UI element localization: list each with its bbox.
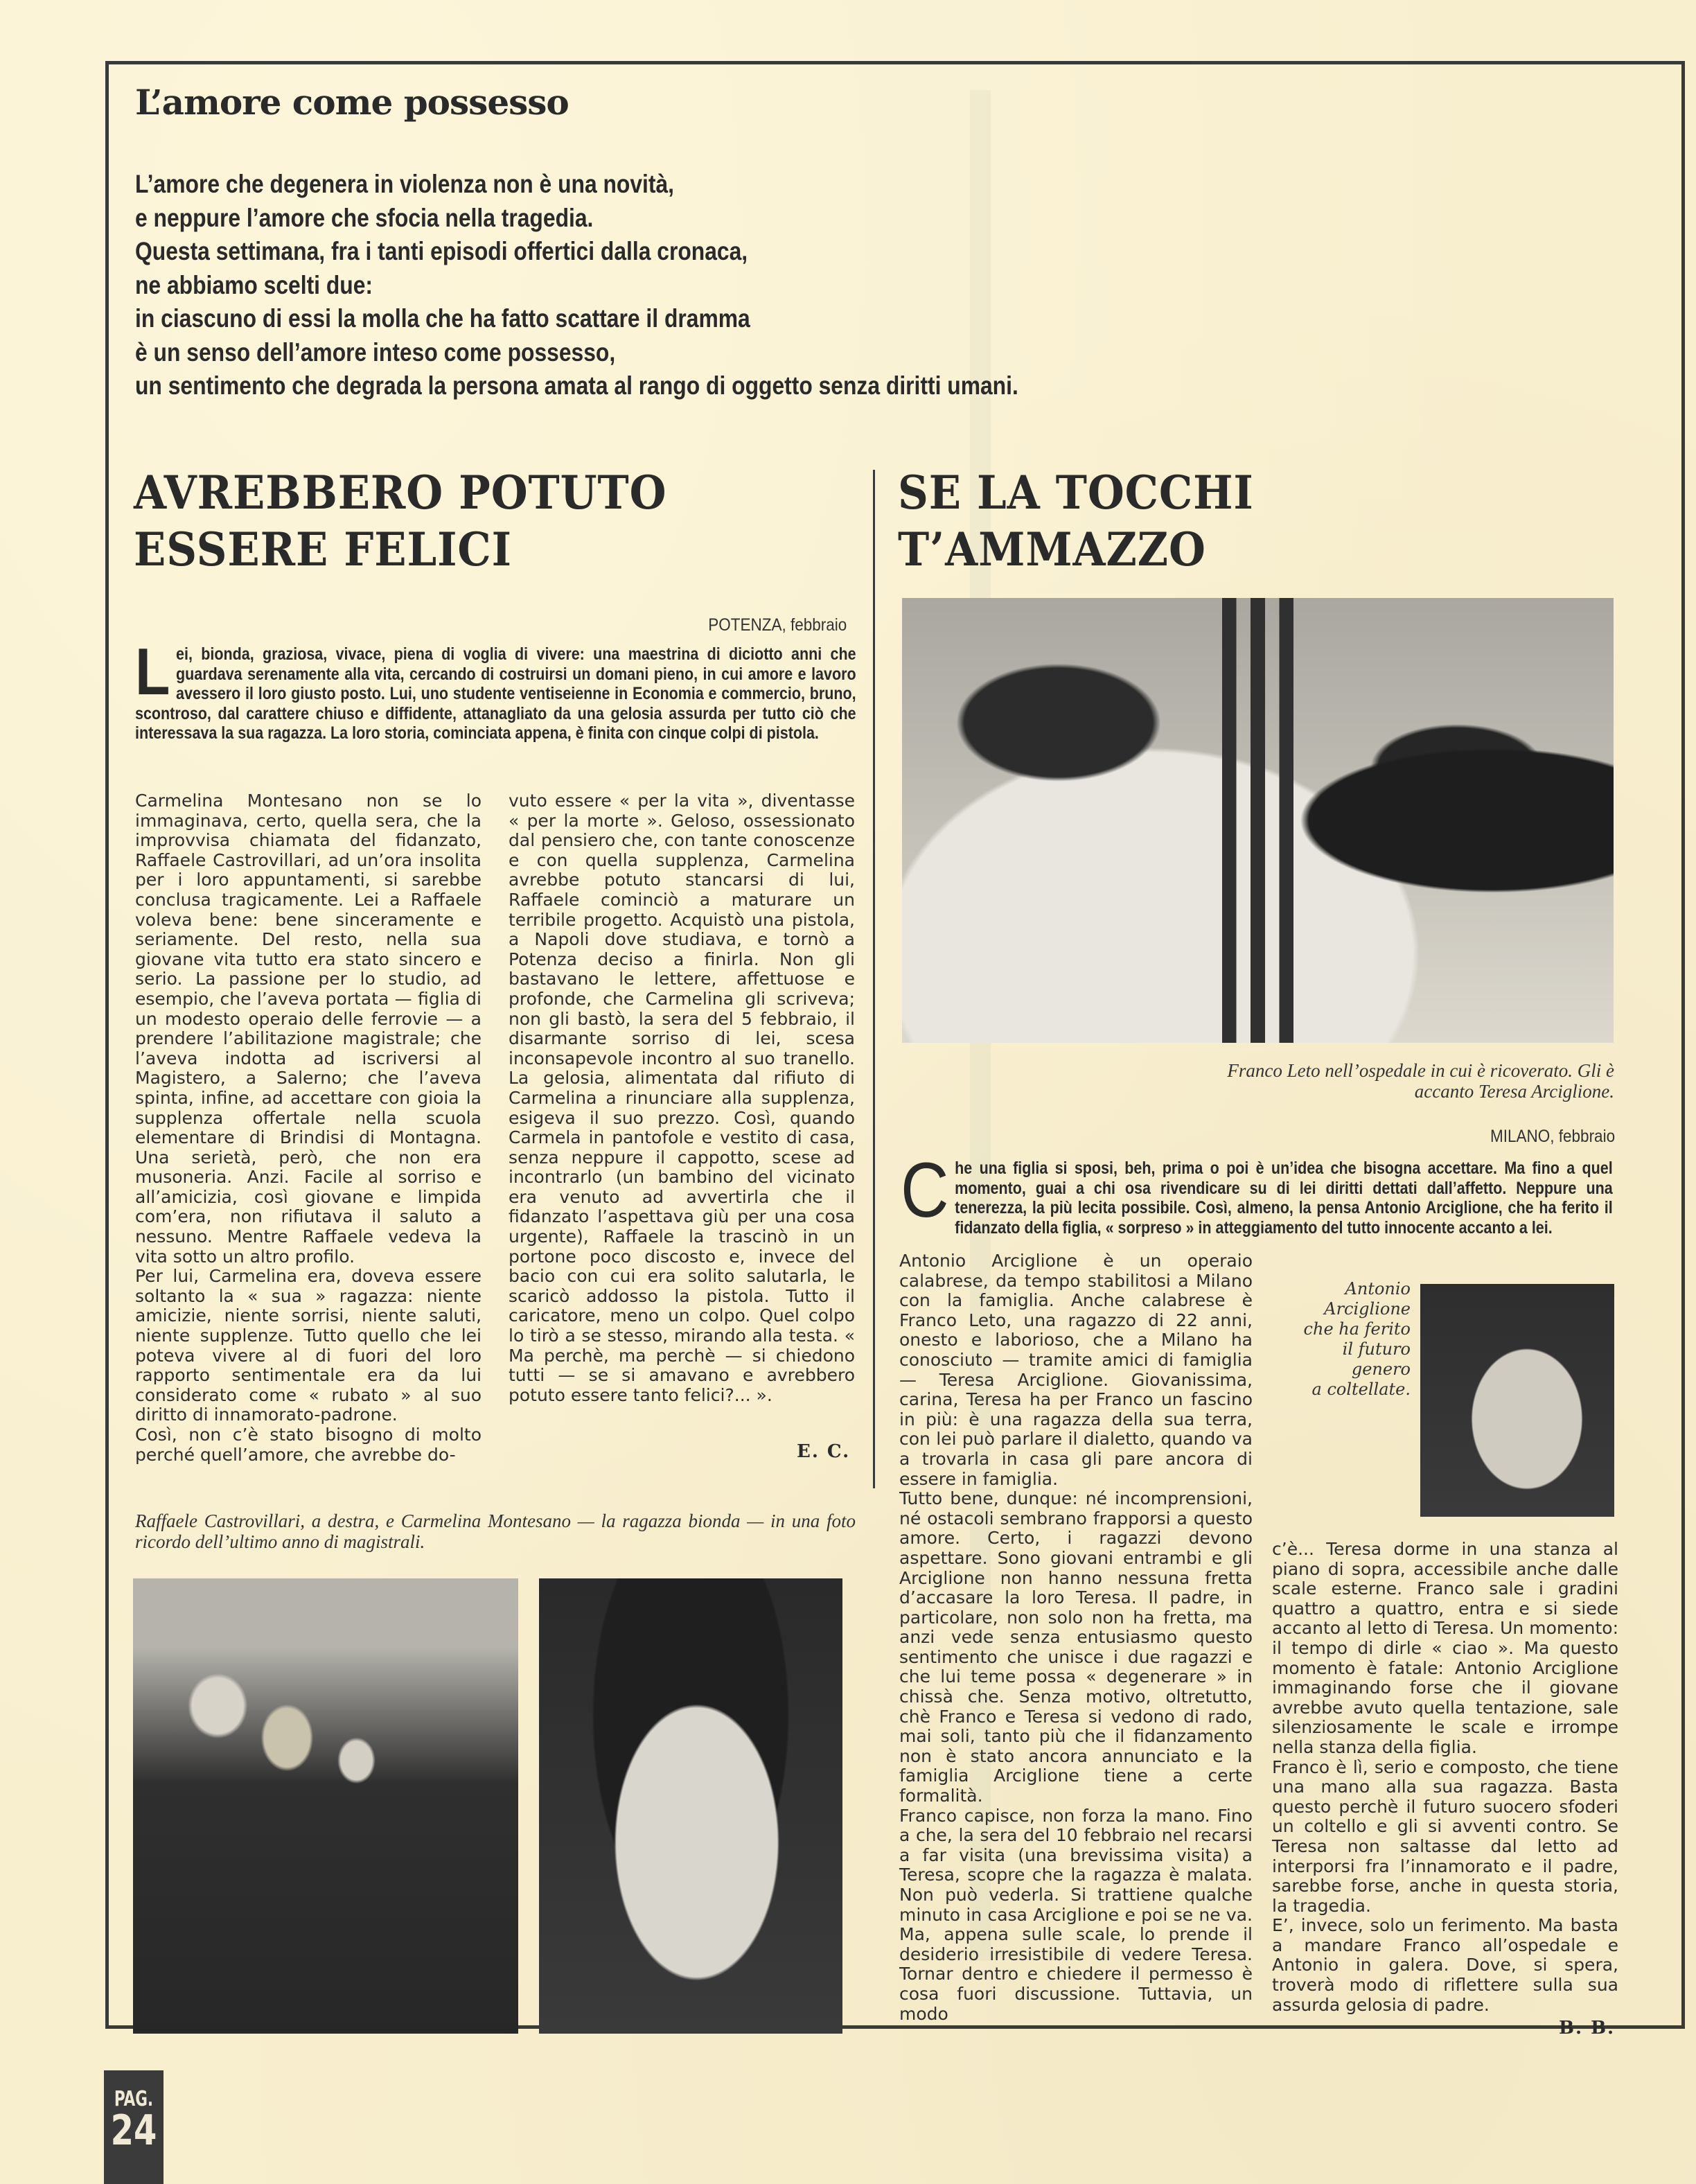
intro-line: in ciascuno di essi la molla che ha fatt…	[135, 302, 1118, 336]
caption-line: a coltellate.	[1275, 1380, 1411, 1400]
headline-line: SE LA TOCCHI	[898, 464, 1254, 521]
dateline-milano: MILANO, febbraio	[1490, 1127, 1615, 1147]
caption-antonio: Antonio Arciglione che ha ferito il futu…	[1275, 1279, 1411, 1400]
lead-text: he una figlia si sposi, beh, prima o poi…	[955, 1159, 1613, 1238]
signature-bb: B. B.	[1559, 2018, 1615, 2038]
intro-line: è un senso dell’amore inteso come posses…	[135, 336, 1118, 370]
hospital-photo	[902, 598, 1614, 1043]
paragraph: Tutto bene, dunque: né incomprensioni, n…	[899, 1489, 1253, 1806]
page-number-box: PAG. 24	[104, 2070, 164, 2184]
column-divider	[873, 470, 875, 1488]
intro-line: ne abbiamo scelti due:	[135, 269, 1118, 303]
intro-standfirst: L’amore che degenera in violenza non è u…	[135, 168, 1118, 403]
drop-cap: L	[135, 644, 170, 700]
group-photo	[133, 1578, 518, 2034]
section-kicker: L’amore come possesso	[135, 82, 569, 123]
paragraph: Per lui, Carmelina era, doveva essere so…	[135, 1267, 482, 1425]
intro-line: e neppure l’amore che sfocia nella trage…	[135, 202, 1118, 236]
left-article-column-1: Carmelina Montesano non se lo immaginava…	[135, 791, 482, 1465]
paragraph: vuto essere « per la vita », diventasse …	[509, 791, 855, 1405]
dateline-potenza: POTENZA, febbraio	[708, 615, 847, 635]
intro-line: un sentimento che degrada la persona ama…	[135, 369, 1118, 403]
intro-line: Questa settimana, fra i tanti episodi of…	[135, 235, 1118, 269]
headline-line: AVREBBERO POTUTO	[134, 464, 666, 521]
page-number: 24	[110, 2111, 158, 2150]
paragraph: Così, non c’è stato bisogno di molto per…	[135, 1425, 482, 1465]
intro-line: L’amore che degenera in violenza non è u…	[135, 168, 1118, 202]
paragraph: Franco è lì, serio e composto, che tiene…	[1272, 1758, 1618, 1917]
paragraph: c’è... Teresa dorme in una stanza al pia…	[1272, 1540, 1618, 1758]
paragraph: Franco capisce, non forza la mano. Fino …	[899, 1806, 1253, 2025]
portrait-photo	[539, 1578, 842, 2034]
caption-line: che ha ferito	[1275, 1319, 1411, 1339]
caption-line: Arciglione	[1275, 1299, 1411, 1319]
paragraph: Carmelina Montesano non se lo immaginava…	[135, 791, 482, 1267]
paragraph: E’, invece, solo un ferimento. Ma basta …	[1272, 1916, 1618, 2015]
lead-text: ei, bionda, graziosa, vivace, piena di v…	[135, 644, 856, 743]
caption-line: il futuro	[1275, 1339, 1411, 1359]
headline-line: T’AMMAZZO	[898, 521, 1254, 578]
caption-line: genero	[1275, 1359, 1411, 1380]
left-article-column-2: vuto essere « per la vita », diventasse …	[509, 791, 855, 1405]
headline-line: ESSERE FELICI	[134, 521, 666, 578]
lead-paragraph-left: Lei, bionda, graziosa, vivace, piena di …	[135, 644, 856, 743]
drop-cap: C	[901, 1159, 949, 1222]
signature-ec: E. C.	[797, 1441, 850, 1462]
lead-paragraph-right: Che una figlia si sposi, beh, prima o po…	[901, 1159, 1613, 1238]
headline-left: AVREBBERO POTUTO ESSERE FELICI	[134, 464, 666, 578]
right-article-column-1: Antonio Arciglione è un operaio calabres…	[899, 1251, 1253, 2024]
portrait-antonio-photo	[1420, 1284, 1614, 1517]
caption-hospital-photo: Franco Leto nell’ospedale in cui è ricov…	[1205, 1060, 1614, 1102]
caption-group-photo: Raffaele Castrovillari, a destra, e Carm…	[135, 1511, 856, 1552]
paragraph: Antonio Arciglione è un operaio calabres…	[899, 1251, 1253, 1489]
right-article-column-2: c’è... Teresa dorme in una stanza al pia…	[1272, 1540, 1618, 2015]
headline-right: SE LA TOCCHI T’AMMAZZO	[898, 464, 1254, 578]
caption-line: Antonio	[1275, 1279, 1411, 1299]
